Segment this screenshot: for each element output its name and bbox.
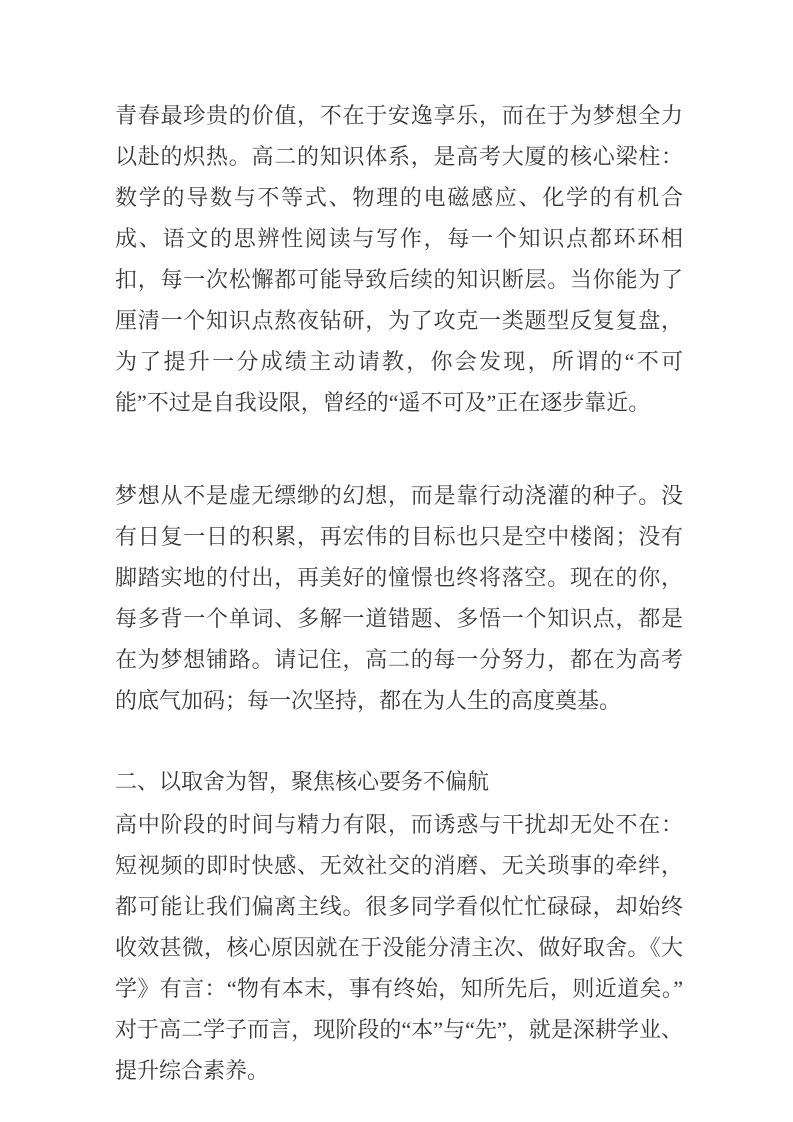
paragraph-2: 梦想从不是虚无缥缈的幻想，而是靠行动浇灌的种子。没有日复一日的积累，再宏伟的目标…: [115, 475, 683, 721]
paragraph-3: 高中阶段的时间与精力有限，而诱惑与干扰却无处不在：短视频的即时快感、无效社交的消…: [115, 804, 683, 1091]
document-page: 青春最珍贵的价值，不在于安逸享乐，而在于为梦想全力以赴的炽热。高二的知识体系，是…: [0, 0, 793, 1122]
section-heading-2: 二、以取舍为智，聚焦核心要务不偏航: [115, 761, 683, 802]
paragraph-1: 青春最珍贵的价值，不在于安逸享乐，而在于为梦想全力以赴的炽热。高二的知识体系，是…: [115, 95, 683, 423]
